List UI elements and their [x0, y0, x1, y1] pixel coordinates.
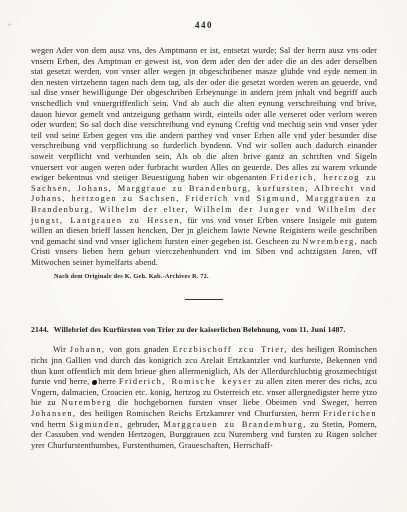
body-text: von gots gnaden — [105, 345, 172, 354]
letterspaced-name: Johann, — [70, 345, 106, 354]
letterspaced-name: Johansen, — [31, 409, 76, 418]
letterspaced-name: Nuremberg — [61, 398, 112, 407]
body-text: vnd herrn — [31, 420, 69, 429]
letterspaced-name: Erczbischoff zcu Trier, — [173, 345, 288, 354]
page-number: 440 — [31, 20, 377, 31]
body-text: gebruder, — [124, 420, 164, 429]
section-divider — [185, 299, 223, 300]
source-note: Nach dem Originale des K. Geh. Kab.-Arch… — [54, 273, 377, 281]
document-number: 2144. — [31, 325, 49, 334]
letterspaced-name: Sigmunden, — [69, 420, 123, 429]
document-heading: 2144.Willebrief des Kurfürsten von Trier… — [31, 324, 377, 335]
scan-artifact-plus: + — [7, 21, 12, 29]
body-text: des heiligen Romischen Reichs Ertzkamrer… — [76, 409, 323, 418]
letterspaced-name: Marggrauen zu Brandemburg, — [163, 420, 306, 429]
scan-artifact-dot: · — [316, 320, 318, 328]
body-text: die hochgebornen fursten vnser liebe Obe… — [112, 398, 377, 407]
letterspaced-name: Friderich, Romische keyser — [119, 377, 252, 386]
letterspaced-name: Nwremberg, — [302, 237, 358, 246]
paragraph-willebrief: Wir Johann, von gots gnaden Erczbischoff… — [31, 345, 377, 451]
letterspaced-name: Friderichen — [323, 409, 377, 418]
paragraph-erbeinung-conclusion: wegen Ader von dem ausz vns, des Amptman… — [31, 46, 377, 268]
body-text: Wir — [53, 345, 70, 354]
document-title: Willebrief des Kurfürsten von Trier zu d… — [54, 325, 346, 334]
body-text: wegen Ader von dem ausz vns, des Amptman… — [31, 46, 377, 182]
ink-blot — [92, 380, 97, 385]
body-text: herre — [98, 377, 119, 386]
scanned-page: 440 wegen Ader von dem ausz vns, des Amp… — [0, 0, 407, 512]
scan-artifact-dot: · — [390, 300, 392, 308]
